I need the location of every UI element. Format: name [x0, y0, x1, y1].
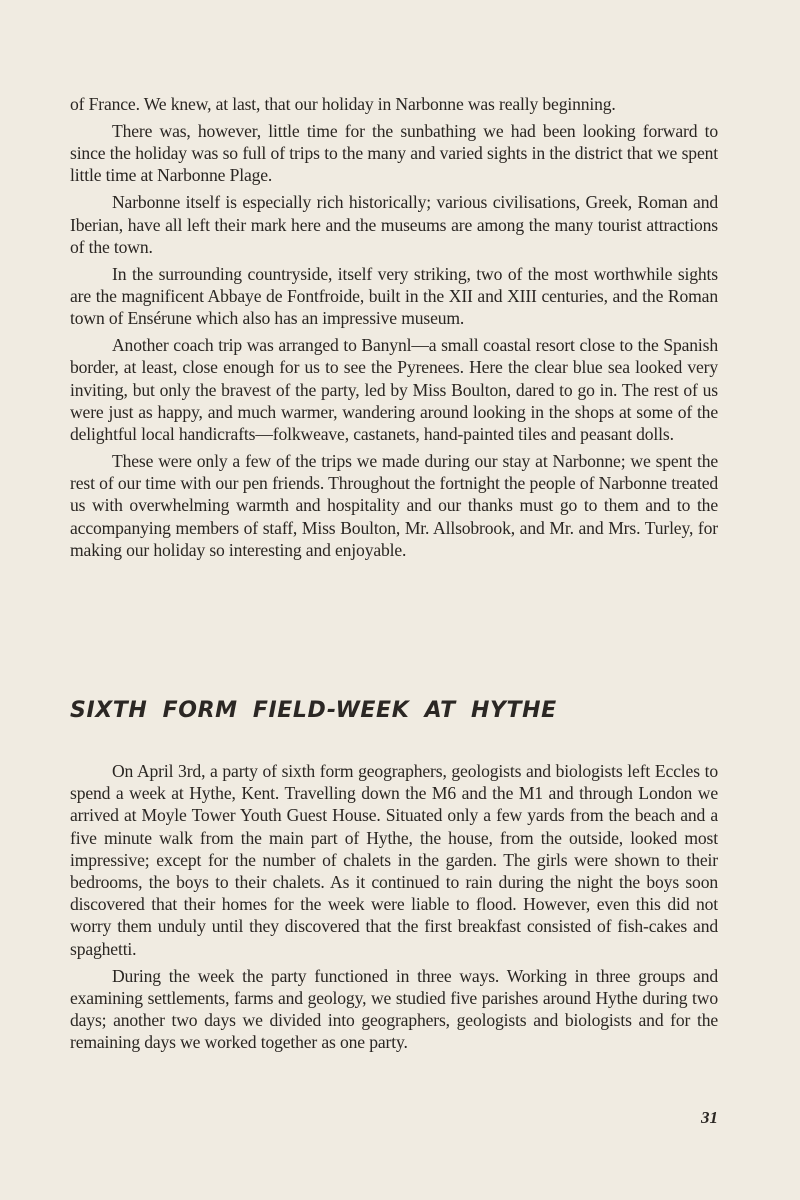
section-hythe: On April 3rd, a party of sixth form geog…: [70, 760, 718, 1053]
paragraph: These were only a few of the trips we ma…: [70, 450, 718, 561]
paragraph: of France. We knew, at last, that our ho…: [70, 93, 718, 115]
paragraph: In the surrounding countryside, itself v…: [70, 263, 718, 330]
paragraph: Another coach trip was arranged to Banyn…: [70, 334, 718, 445]
section-narbonne: of France. We knew, at last, that our ho…: [70, 93, 718, 561]
paragraph: On April 3rd, a party of sixth form geog…: [70, 760, 718, 960]
paragraph: There was, however, little time for the …: [70, 120, 718, 187]
page-number: 31: [701, 1108, 718, 1128]
paragraph: During the week the party functioned in …: [70, 965, 718, 1054]
paragraph: Narbonne itself is especially rich histo…: [70, 191, 718, 258]
section-heading: SIXTH FORM FIELD-WEEK AT HYTHE: [70, 698, 557, 723]
